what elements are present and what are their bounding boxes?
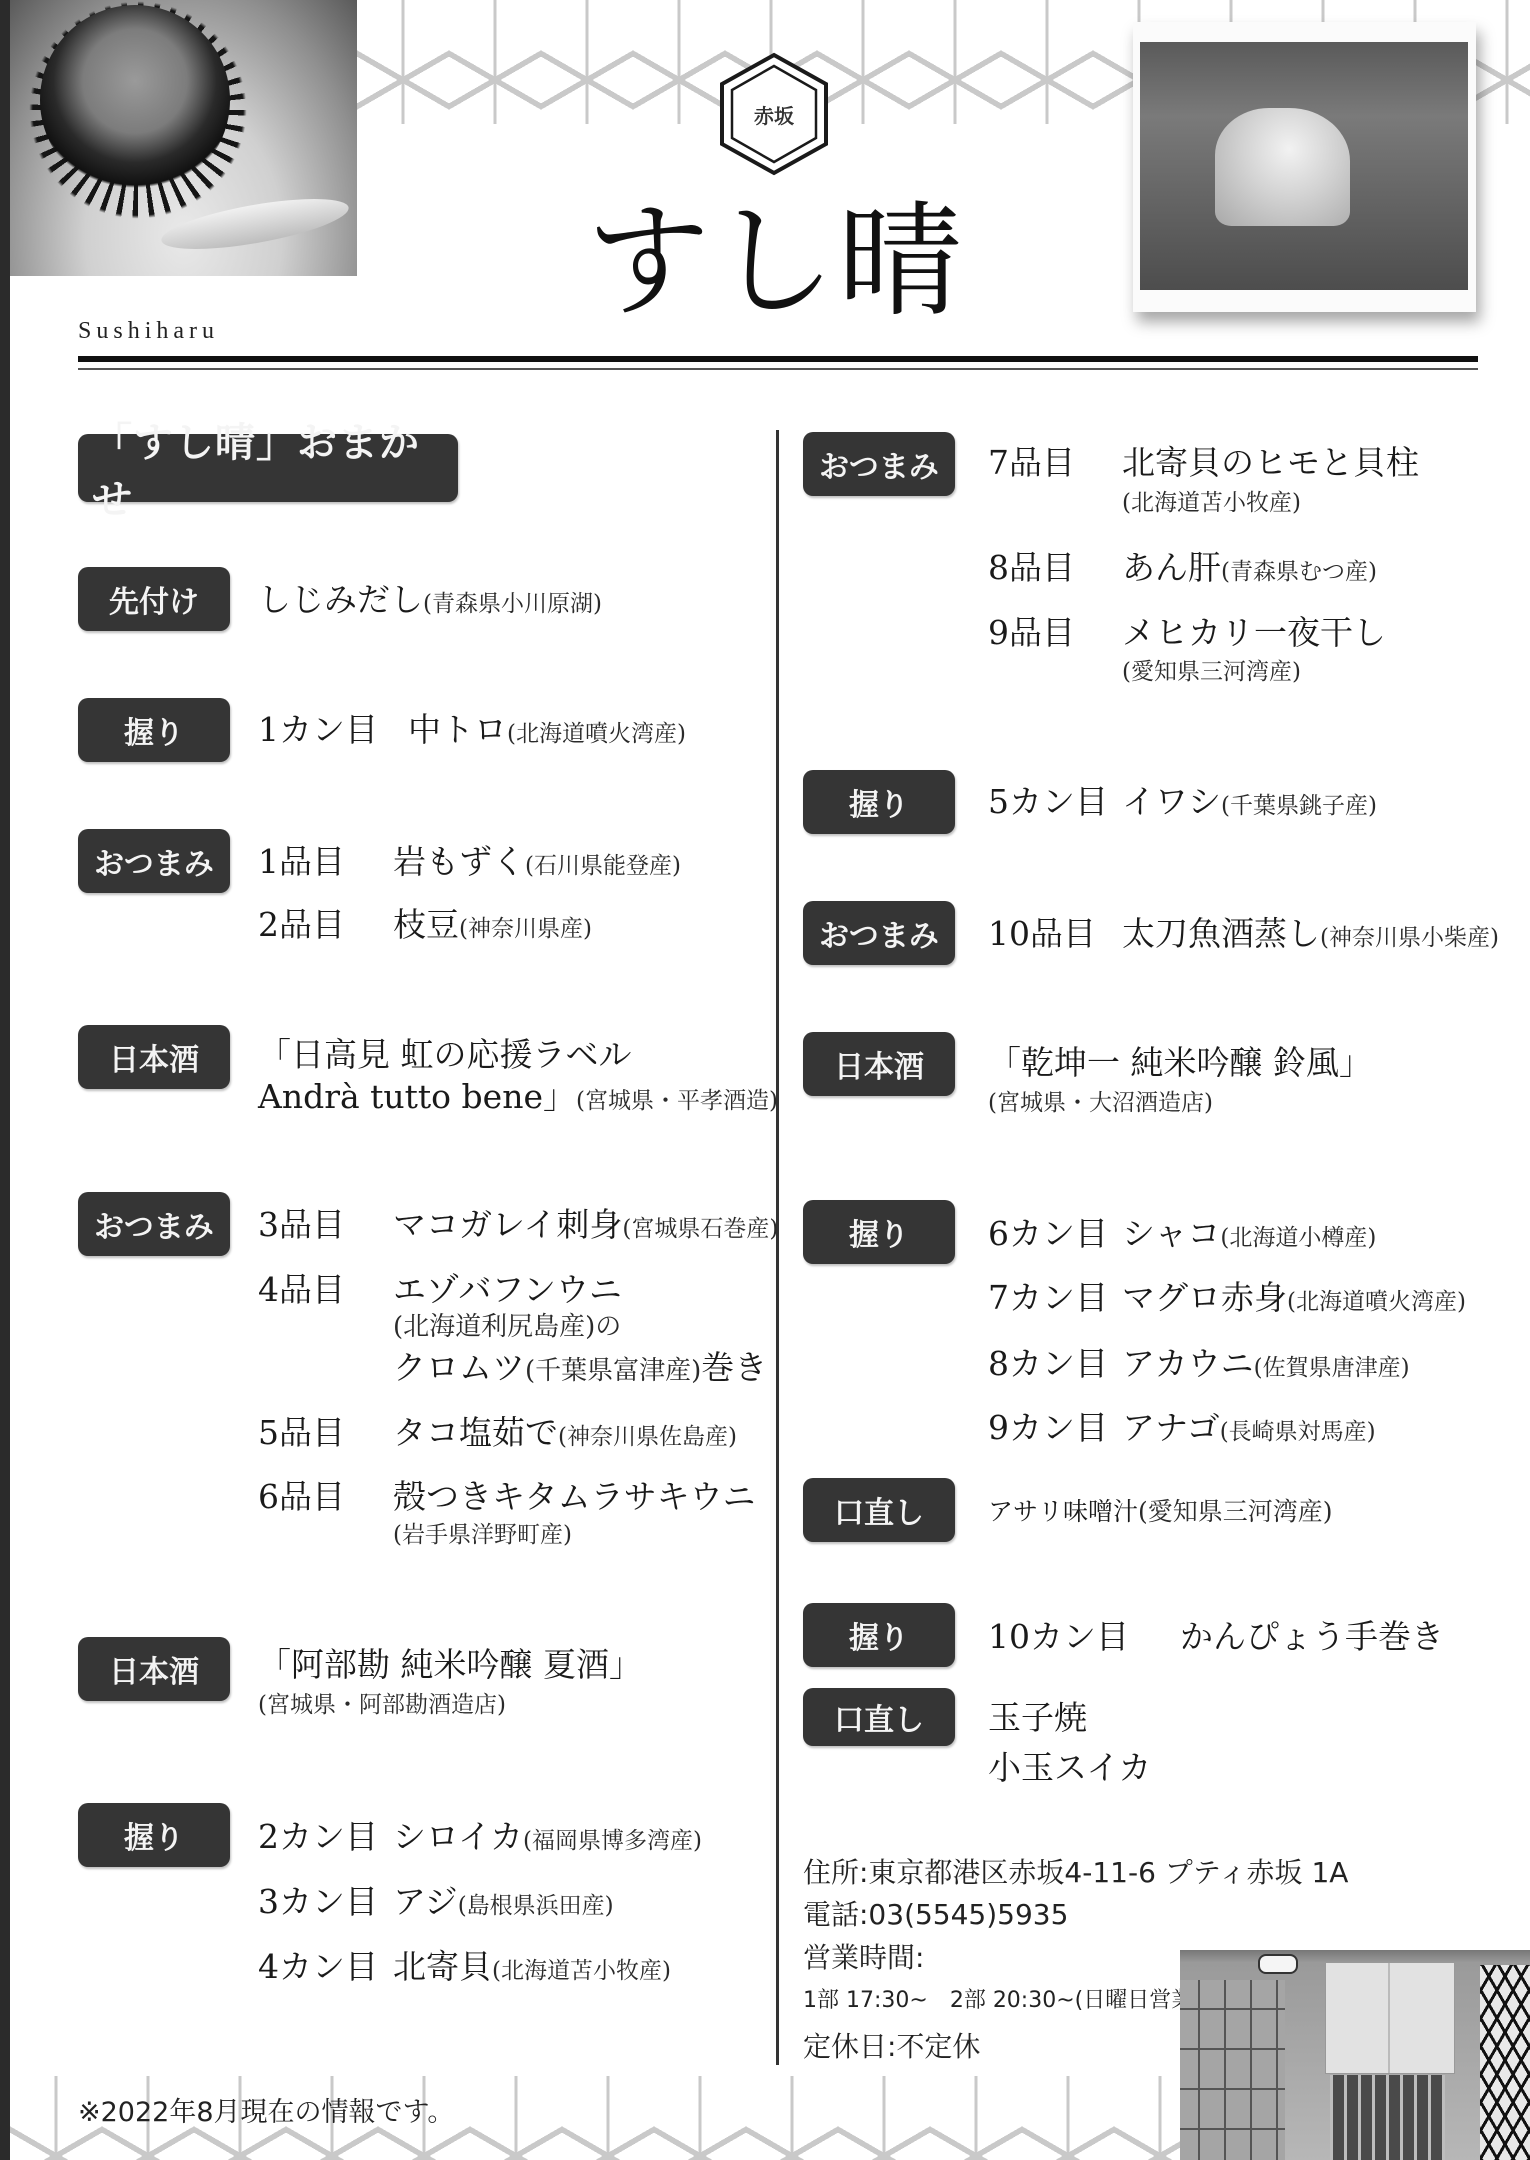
item-origin: (北海道苫小牧産)	[1122, 488, 1301, 518]
item-origin: (青森県むつ産)	[1221, 559, 1377, 585]
item-origin: (石川県能登産)	[525, 853, 681, 879]
shop-address: 住所:東京都港区赤坂4-11-6 プティ赤坂 1A	[803, 1856, 1348, 1890]
category-badge-sake: 日本酒	[803, 1032, 955, 1096]
item-suffix: 巻き	[701, 1348, 767, 1387]
menu-item: 8品目あん肝(青森県むつ産)	[988, 548, 1377, 592]
menu-item: 3カン目アジ(島根県浜田産)	[258, 1882, 614, 1926]
item-name: マコガレイ刺身	[393, 1205, 622, 1244]
sake-name: 「阿部勘 純米吟醸 夏酒」	[258, 1645, 642, 1685]
item-number: 4品目	[258, 1270, 393, 1310]
header-rule-thick	[78, 356, 1478, 362]
menu-item: 7品目北寄貝のヒモと貝柱	[988, 443, 1419, 483]
item-number: 10品目	[988, 914, 1122, 954]
category-badge-otsumami: おつまみ	[803, 901, 955, 965]
item-number: 2品目	[258, 905, 393, 945]
item-number: 7カン目	[988, 1278, 1122, 1318]
category-badge-otsumami: おつまみ	[803, 432, 955, 496]
urchin-body	[40, 5, 230, 195]
item-name: イワシ	[1122, 782, 1221, 821]
item-origin: (北海道利尻島産)の	[393, 1312, 621, 1342]
item-number: 9カン目	[988, 1408, 1122, 1448]
item-name: エゾバフンウニ	[393, 1270, 622, 1309]
sliding-door	[1180, 1980, 1285, 2160]
item-name: アナゴ	[1122, 1408, 1220, 1447]
shop-closed-days: 定休日:不定休	[803, 2030, 980, 2064]
noren-split	[1388, 1963, 1390, 2073]
item-name: 北寄貝	[393, 1947, 492, 1986]
item-origin: (宮城県・大沼酒造店)	[988, 1088, 1213, 1118]
menu-title-badge: 「すし晴」おまかせ	[78, 434, 458, 502]
window-grate	[1330, 2075, 1445, 2160]
item-name: マグロ赤身	[1122, 1278, 1287, 1317]
item-name: シロイカ	[393, 1817, 523, 1856]
item-origin: (青森県小川原湖)	[423, 591, 602, 617]
item-name: メヒカリ一夜干し	[1122, 613, 1386, 652]
menu-item: 3品目マコガレイ刺身(宮城県石巻産)	[258, 1205, 778, 1249]
menu-item: 4品目エゾバフンウニ	[258, 1270, 622, 1310]
item-number: 10カン目	[988, 1617, 1180, 1657]
item-name: 枝豆	[393, 905, 459, 944]
nigiri-piece	[1215, 108, 1350, 226]
item-origin: (宮城県石巻産)	[622, 1216, 778, 1242]
menu-item: アサリ味噌汁(愛知県三河湾産)	[988, 1492, 1333, 1532]
item-name: しじみだし	[258, 580, 423, 619]
item-origin: (宮城県・平孝酒造)	[576, 1088, 778, 1114]
item-origin: (北海道噴火湾産)	[507, 721, 686, 747]
item-origin: (北海道小樽産)	[1220, 1225, 1376, 1251]
menu-item: 1カン目中トロ(北海道噴火湾産)	[258, 710, 686, 754]
item-origin: (岩手県洋野町産)	[393, 1520, 572, 1550]
item-name: アサリ味噌汁	[988, 1497, 1138, 1526]
item-number: 9品目	[988, 613, 1122, 653]
item-number: 4カン目	[258, 1947, 393, 1987]
menu-item: 6品目殻つきキタムラサキウニ	[258, 1477, 756, 1517]
item-origin: (北海道苫小牧産)	[492, 1958, 671, 1984]
category-badge-nigiri: 握り	[78, 1803, 230, 1867]
sake-name-line1: 「日高見 虹の応援ラベル	[258, 1035, 632, 1075]
item-origin: (神奈川県小柴産)	[1320, 925, 1499, 951]
item-number: 8カン目	[988, 1344, 1122, 1384]
item-number: 2カン目	[258, 1817, 393, 1857]
item-number: 3品目	[258, 1205, 393, 1245]
item-number: 8品目	[988, 548, 1122, 588]
category-badge-kuchinaoshi: 口直し	[803, 1688, 955, 1746]
item-origin: (千葉県銚子産)	[1221, 793, 1377, 819]
area-label: 赤坂	[718, 52, 830, 176]
menu-item: 5カン目イワシ(千葉県銚子産)	[988, 782, 1377, 826]
noren-curtain	[1325, 1962, 1455, 2074]
item-name: タコ塩茹で	[393, 1413, 558, 1452]
item-origin: (愛知県三河湾産)	[1138, 1497, 1333, 1526]
item-number: 1品目	[258, 842, 393, 882]
menu-item: 4カン目北寄貝(北海道苫小牧産)	[258, 1947, 671, 1991]
item-name: アジ	[393, 1882, 458, 1921]
item-name: アカウニ	[1122, 1344, 1254, 1383]
item-number: 6品目	[258, 1477, 393, 1517]
category-badge-nigiri: 握り	[78, 698, 230, 762]
footer-note: ※2022年8月現在の情報です。	[78, 2090, 454, 2129]
item-name: 殻つきキタムラサキウニ	[393, 1477, 756, 1516]
header-rule-thin	[78, 368, 1478, 370]
menu-item: 玉子焼	[988, 1698, 1087, 1738]
lattice-gate	[1480, 1965, 1530, 2160]
item-origin: (神奈川県産)	[459, 916, 592, 942]
item-name: 岩もずく	[393, 842, 525, 881]
restaurant-title-jp: すし晴	[575, 192, 975, 332]
item-name: 北寄貝のヒモと貝柱	[1122, 443, 1419, 482]
item-origin: (神奈川県佐島産)	[558, 1424, 737, 1450]
sake-name-line2: Andrà tutto bene」	[258, 1077, 576, 1116]
menu-item: 2カン目シロイカ(福岡県博多湾産)	[258, 1817, 702, 1861]
sake-name: 「乾坤一 純米吟醸 鈴風」	[988, 1043, 1372, 1083]
category-badge-nigiri: 握り	[803, 770, 955, 834]
nigiri-sushi-photo	[1140, 42, 1468, 290]
category-badge-nigiri: 握り	[803, 1200, 955, 1264]
menu-item: 1品目岩もずく(石川県能登産)	[258, 842, 681, 886]
menu-item: 10品目太刀魚酒蒸し(神奈川県小柴産)	[988, 914, 1499, 958]
category-badge-sake: 日本酒	[78, 1025, 230, 1089]
menu-item: 2品目枝豆(神奈川県産)	[258, 905, 592, 949]
item-origin: (千葉県富津産)	[525, 1356, 701, 1386]
storefront-photo	[1180, 1950, 1530, 2160]
item-name: あん肝	[1122, 548, 1221, 587]
item-origin: (福岡県博多湾産)	[523, 1828, 702, 1854]
left-edge-bar	[0, 0, 10, 2160]
shop-hours: 1部 17:30~ 2部 20:30~(日曜日営業)	[803, 1986, 1202, 2016]
menu-item: しじみだし(青森県小川原湖)	[258, 580, 602, 624]
item-number: 3カン目	[258, 1882, 393, 1922]
menu-item: 8カン目アカウニ(佐賀県唐津産)	[988, 1344, 1410, 1388]
item-name: 中トロ	[408, 710, 507, 749]
item-name: シャコ	[1122, 1214, 1220, 1253]
restaurant-title-en: Sushiharu	[78, 318, 219, 345]
menu-item: 9品目メヒカリ一夜干し	[988, 613, 1386, 653]
item-origin: (長崎県対馬産)	[1220, 1419, 1376, 1445]
menu-item-continued: クロムツ(千葉県富津産)巻き	[393, 1348, 767, 1391]
menu-item: 6カン目シャコ(北海道小樽産)	[988, 1214, 1376, 1258]
category-badge-kuchinaoshi: 口直し	[803, 1478, 955, 1542]
item-number: 5カン目	[988, 782, 1122, 822]
shop-phone: 電話:03(5545)5935	[803, 1898, 1068, 1932]
menu-item: 小玉スイカ	[988, 1748, 1151, 1788]
item-origin: (愛知県三河湾産)	[1122, 657, 1301, 687]
menu-item: 7カン目マグロ赤身(北海道噴火湾産)	[988, 1278, 1466, 1322]
uni-in-shell-photo	[10, 0, 357, 276]
category-badge-nigiri: 握り	[803, 1603, 955, 1667]
menu-item: 10カン目かんぴょう手巻き	[988, 1617, 1444, 1657]
item-name: クロムツ	[393, 1348, 525, 1387]
item-name: かんぴょう手巻き	[1180, 1617, 1444, 1656]
item-number: 1カン目	[258, 710, 408, 750]
lamp	[1258, 1954, 1298, 1974]
category-badge-sakizuke: 先付け	[78, 567, 230, 631]
nigiri-photo-frame	[1133, 22, 1476, 312]
menu-item: 9カン目アナゴ(長崎県対馬産)	[988, 1408, 1376, 1452]
item-origin: (宮城県・阿部勘酒造店)	[258, 1690, 506, 1720]
item-origin: (北海道噴火湾産)	[1287, 1289, 1466, 1315]
shop-hours-label: 営業時間:	[803, 1941, 924, 1975]
category-badge-sake: 日本酒	[78, 1637, 230, 1701]
item-number: 5品目	[258, 1413, 393, 1453]
category-badge-otsumami: おつまみ	[78, 1192, 230, 1256]
area-hexagon-badge: 赤坂	[718, 52, 830, 176]
item-origin: (佐賀県唐津産)	[1254, 1355, 1410, 1381]
item-name: 太刀魚酒蒸し	[1122, 914, 1320, 953]
menu-item: Andrà tutto bene」(宮城県・平孝酒造)	[258, 1077, 778, 1121]
category-badge-otsumami: おつまみ	[78, 829, 230, 893]
item-number: 6カン目	[988, 1214, 1122, 1254]
item-origin: (島根県浜田産)	[458, 1893, 614, 1919]
item-number: 7品目	[988, 443, 1122, 483]
menu-item: 5品目タコ塩茹で(神奈川県佐島産)	[258, 1413, 737, 1457]
